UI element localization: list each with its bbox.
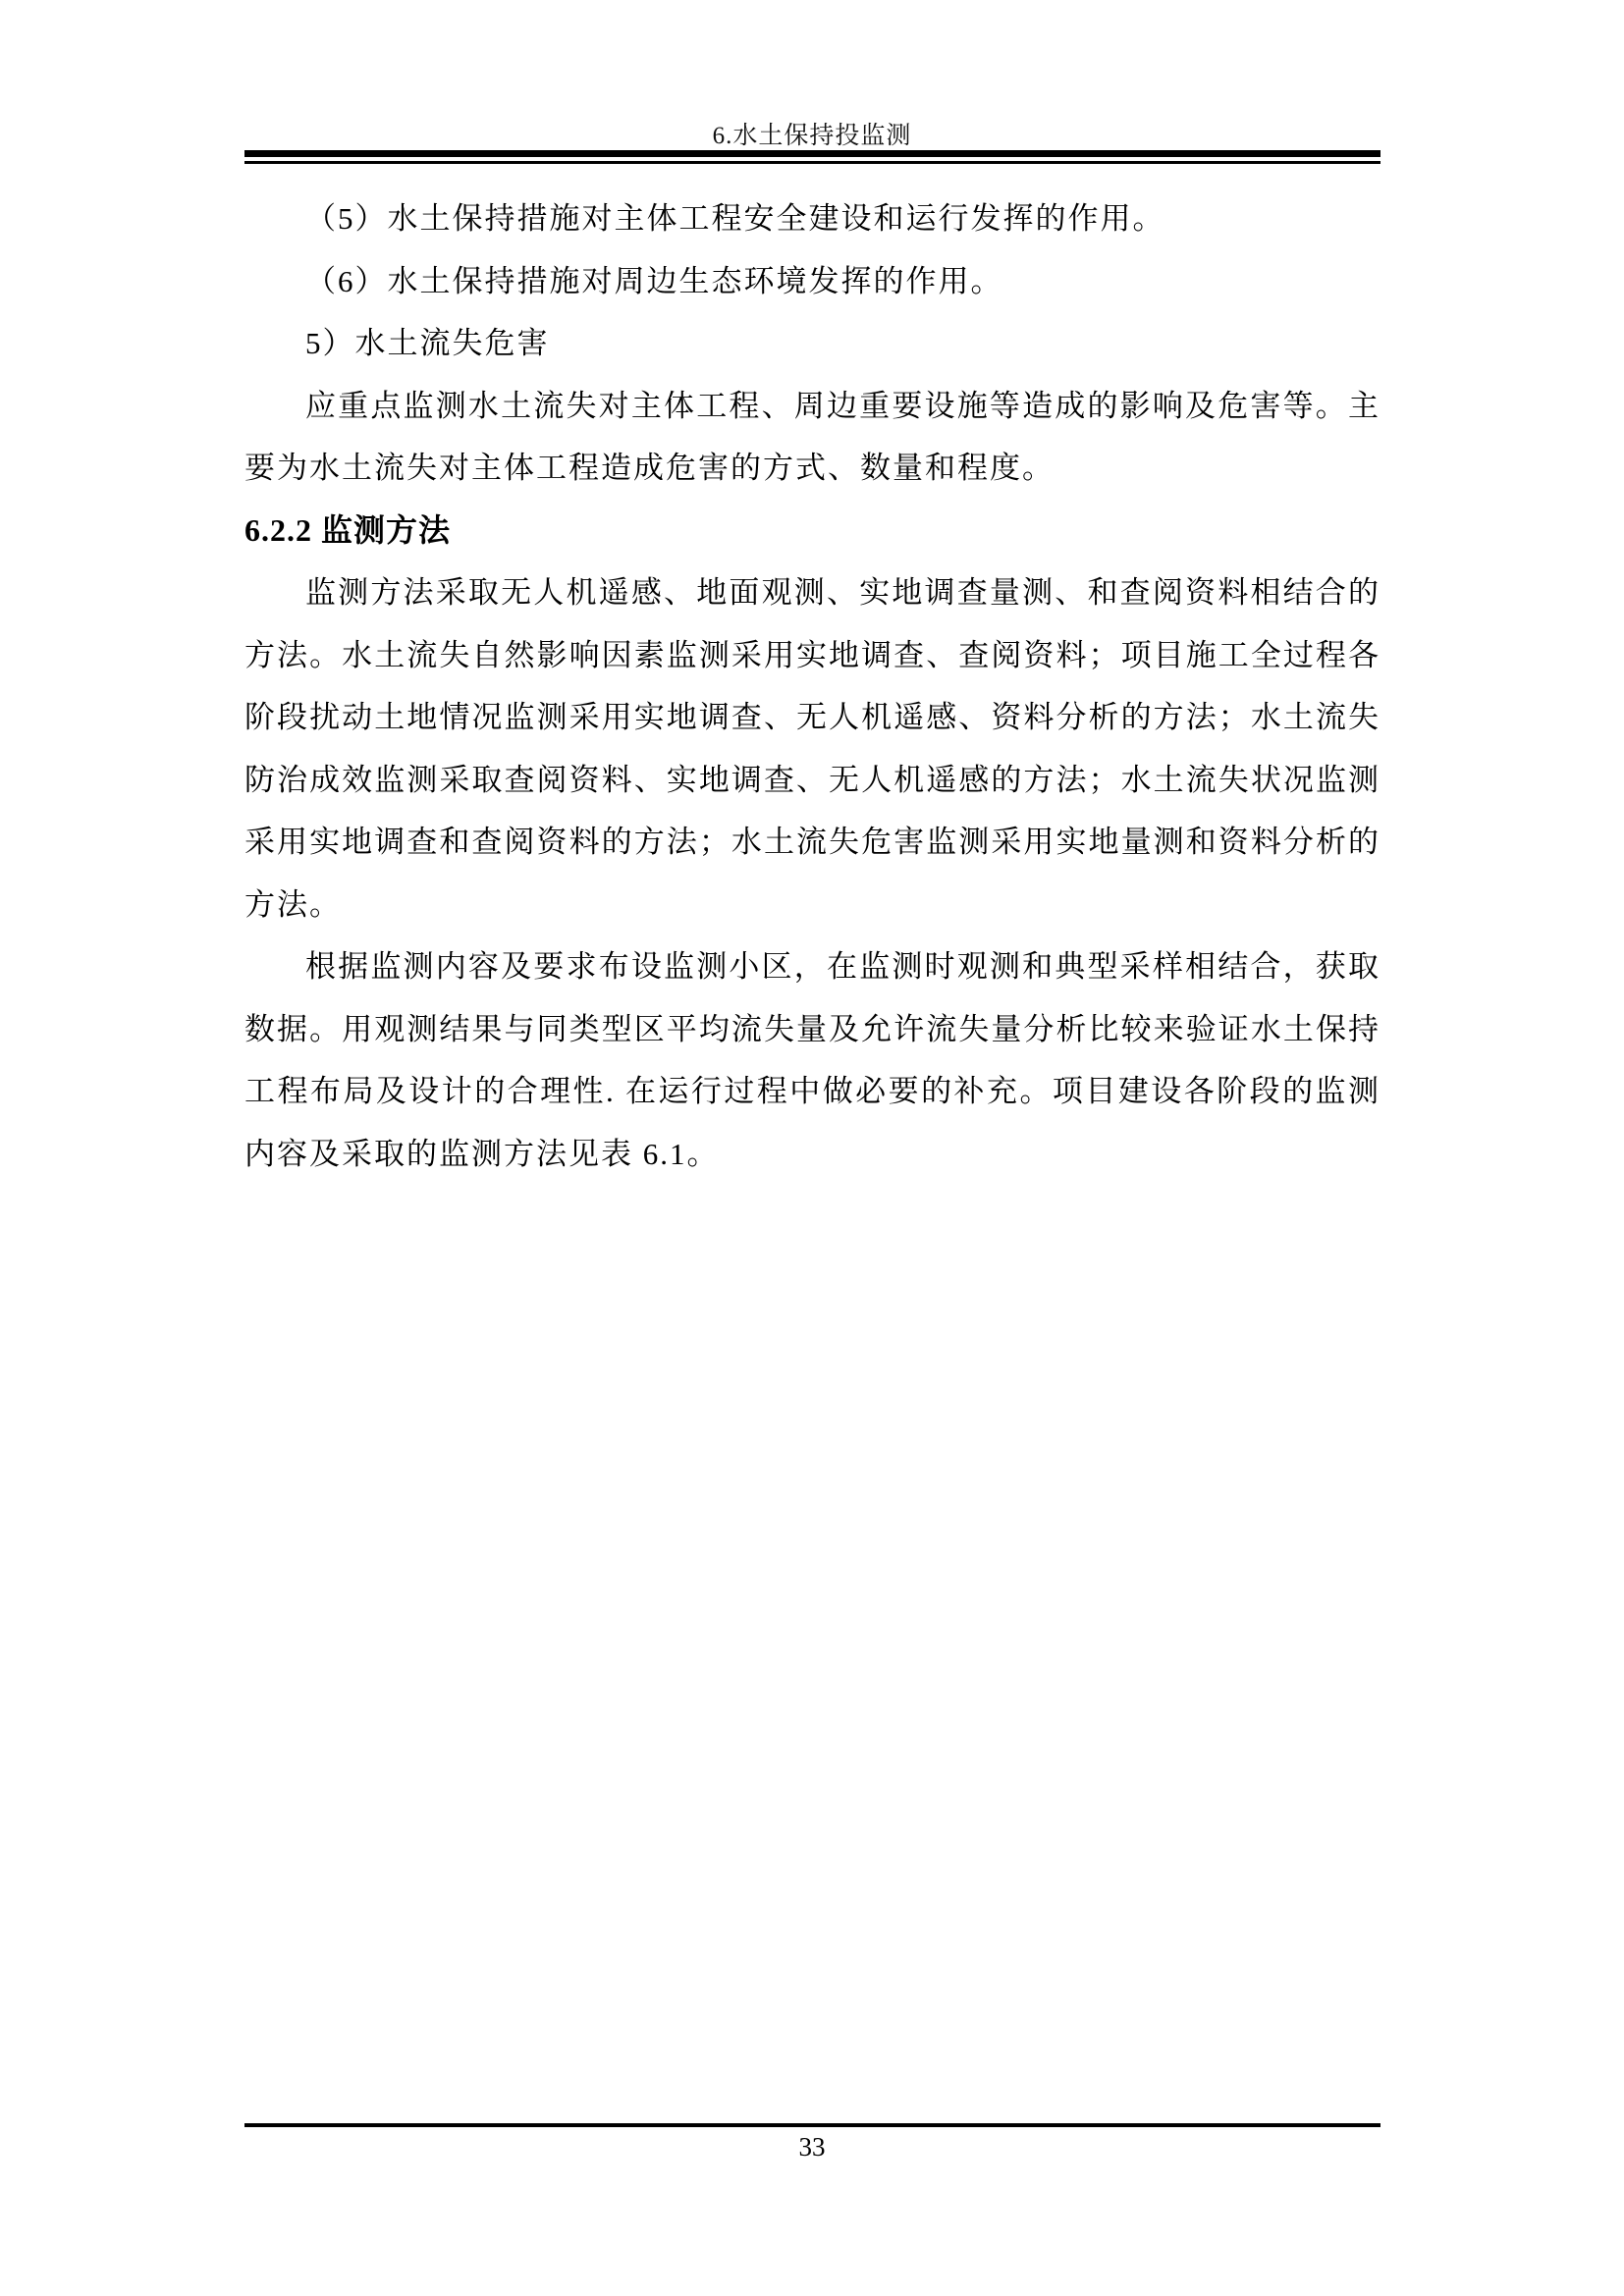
footer-rule — [244, 2123, 1380, 2127]
subsection-item-hazard: 5）水土流失危害 — [244, 312, 1380, 375]
section-heading-6-2-2: 6.2.2 监测方法 — [244, 500, 1380, 562]
header-rule-thin — [244, 161, 1380, 164]
page-body: （5）水土保持措施对主体工程安全建设和运行发挥的作用。 （6）水土保持措施对周边… — [244, 187, 1380, 1185]
page-header-chapter-title: 6.水土保持投监测 — [0, 116, 1624, 151]
document-page: 6.水土保持投监测 （5）水土保持措施对主体工程安全建设和运行发挥的作用。 （6… — [0, 0, 1624, 2296]
page-number: 33 — [0, 2132, 1624, 2163]
paragraph-monitoring-plots: 根据监测内容及要求布设监测小区，在监测时观测和典型采样相结合，获取数据。用观测结… — [244, 935, 1380, 1185]
paragraph-monitoring-methods: 监测方法采取无人机遥感、地面观测、实地调查量测、和查阅资料相结合的方法。水土流失… — [244, 561, 1380, 935]
list-item-5: （5）水土保持措施对主体工程安全建设和运行发挥的作用。 — [244, 187, 1380, 250]
list-item-6: （6）水土保持措施对周边生态环境发挥的作用。 — [244, 250, 1380, 313]
paragraph-hazard-detail: 应重点监测水土流失对主体工程、周边重要设施等造成的影响及危害等。主要为水土流失对… — [244, 375, 1380, 500]
header-rule-thick — [244, 150, 1380, 157]
